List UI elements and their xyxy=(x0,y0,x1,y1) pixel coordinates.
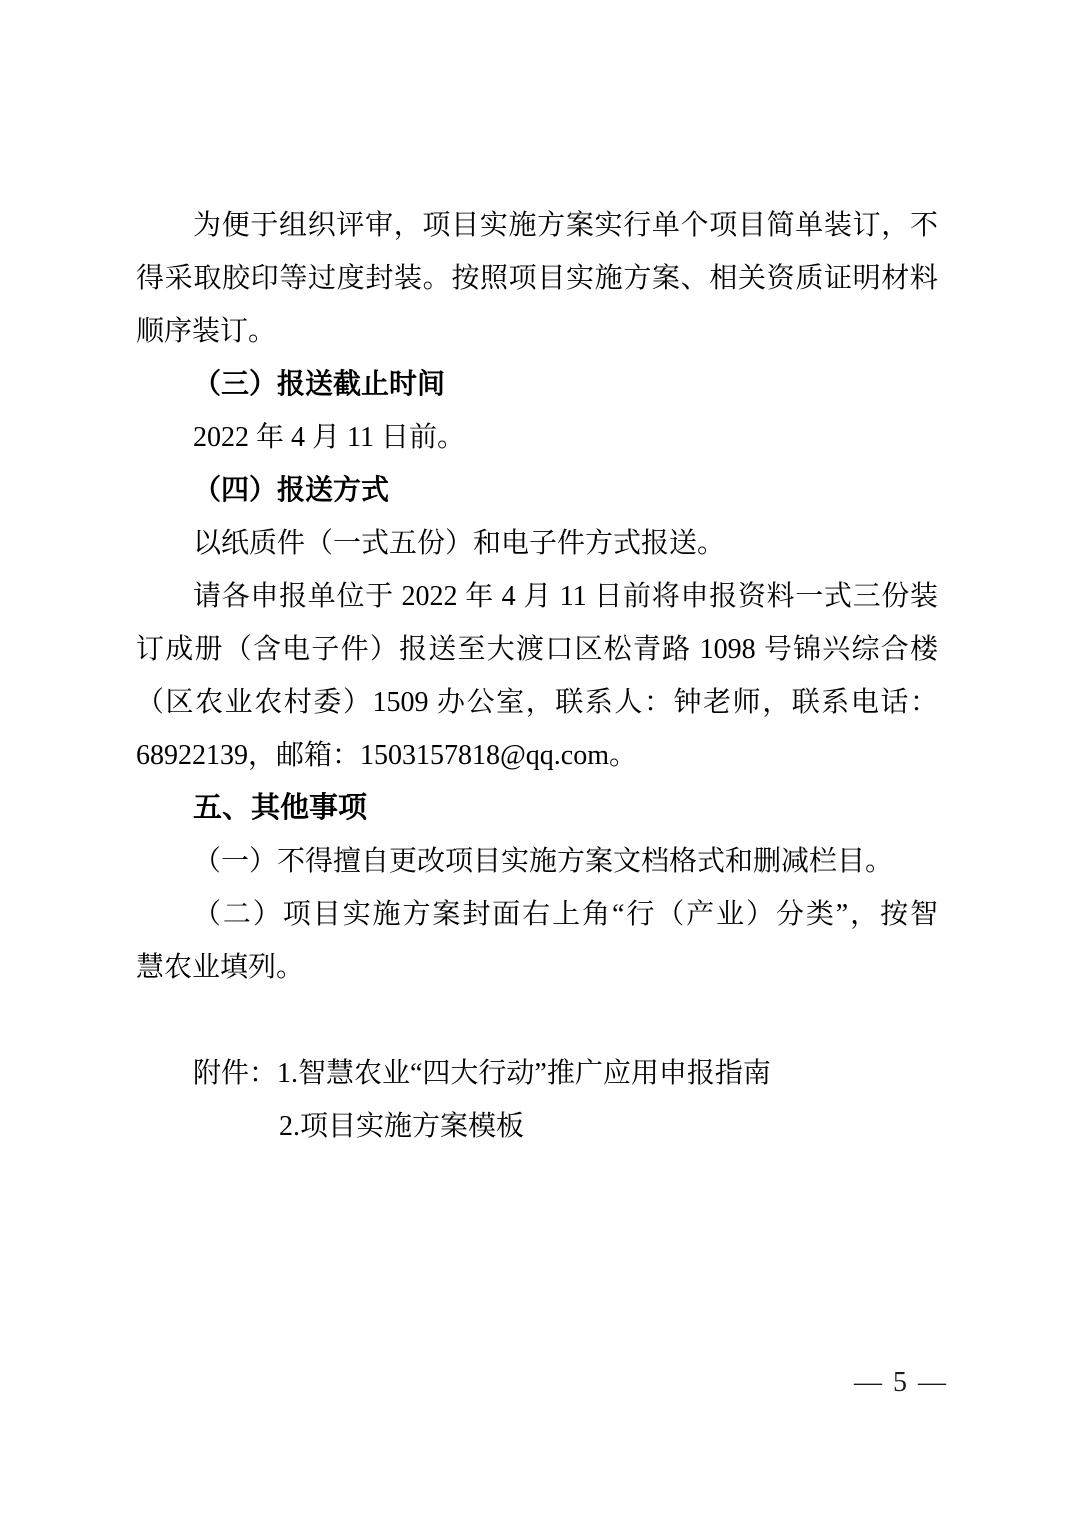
attachment-item-1: 附件：1.智慧农业“四大行动”推广应用申报指南 xyxy=(136,1047,938,1100)
paragraph-binding-line-3: 顺序装订。 xyxy=(136,305,938,358)
document-page: 为便于组织评审，项目实施方案实行单个项目简单装订，不得采取胶印等过度封装。按照项… xyxy=(0,0,1074,1520)
submission-method-line: 以纸质件（一式五份）和电子件方式报送。 xyxy=(136,517,938,570)
paragraph-address-line-2: 订成册（含电子件）报送至大渡口区松青路 1098 号锦兴综合楼 xyxy=(136,623,938,676)
blank-line xyxy=(136,994,938,1047)
paragraph-address-line-4: 68922139，邮箱：1503157818@qq.com。 xyxy=(136,729,938,782)
other-matters-item-1: （一）不得擅自更改项目实施方案文档格式和删减栏目。 xyxy=(136,835,938,888)
heading-other-matters: 五、其他事项 xyxy=(136,782,938,835)
page-number: — 5 — xyxy=(854,1363,948,1403)
other-matters-item-2-line-2: 慧农业填列。 xyxy=(136,941,938,994)
paragraph-address-line-1: 请各申报单位于 2022 年 4 月 11 日前将申报资料一式三份装 xyxy=(136,570,938,623)
deadline-date: 2022 年 4 月 11 日前。 xyxy=(136,411,938,464)
paragraph-binding-line-1: 为便于组织评审，项目实施方案实行单个项目简单装订，不 xyxy=(136,199,938,252)
heading-deadline: （三）报送截止时间 xyxy=(136,358,938,411)
paragraph-binding-line-2: 得采取胶印等过度封装。按照项目实施方案、相关资质证明材料 xyxy=(136,252,938,305)
other-matters-item-2-line-1: （二）项目实施方案封面右上角“行（产业）分类”，按智 xyxy=(136,888,938,941)
paragraph-address-line-3: （区农业农村委）1509 办公室，联系人：钟老师，联系电话： xyxy=(136,676,938,729)
document-body: 为便于组织评审，项目实施方案实行单个项目简单装订，不得采取胶印等过度封装。按照项… xyxy=(136,199,938,1153)
heading-submission-method: （四）报送方式 xyxy=(136,464,938,517)
attachment-item-2: 2.项目实施方案模板 xyxy=(136,1100,938,1153)
